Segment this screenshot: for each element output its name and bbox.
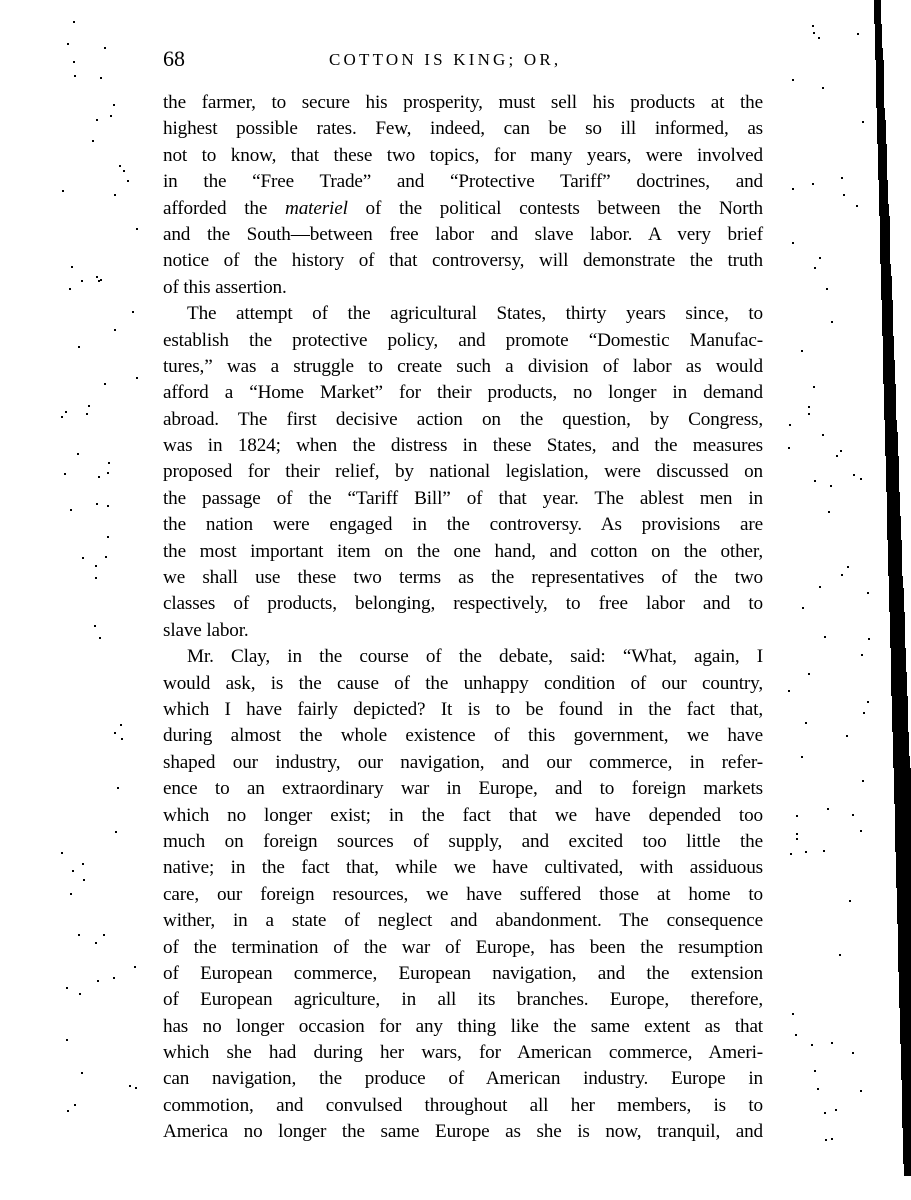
text-line: Mr. Clay, in the course of the debate, s…	[163, 644, 763, 670]
page-header: 68 COTTON IS KING; OR,	[163, 44, 763, 74]
text-line: of European commerce, European navigatio…	[163, 961, 763, 987]
text-line: The attempt of the agricultural States, …	[163, 301, 763, 327]
text-line: the passage of the “Tariff Bill” of that…	[163, 486, 763, 512]
page-number: 68	[163, 44, 185, 74]
text-line: tures,” was a struggle to create such a …	[163, 354, 763, 380]
text-line: ence to an extraordinary war in Europe, …	[163, 776, 763, 802]
text-line: not to know, that these two topics, for …	[163, 143, 763, 169]
text-line: wither, in a state of neglect and abando…	[163, 908, 763, 934]
text-line: of European agriculture, in all its bran…	[163, 987, 763, 1013]
text-line: much on foreign sources of supply, and e…	[163, 829, 763, 855]
text-line: abroad. The first decisive action on the…	[163, 407, 763, 433]
text-line: care, our foreign resources, we have suf…	[163, 882, 763, 908]
body-text: the farmer, to secure his prosperity, mu…	[163, 90, 763, 1146]
text-line: in the “Free Trade” and “Protective Tari…	[163, 169, 763, 195]
text-line: highest possible rates. Few, indeed, can…	[163, 116, 763, 142]
scanned-book-page: 68 COTTON IS KING; OR, the farmer, to se…	[0, 0, 911, 1200]
text-line: slave labor.	[163, 618, 763, 644]
text-line: the most important item on the one hand,…	[163, 539, 763, 565]
text-line: shaped our industry, our navigation, and…	[163, 750, 763, 776]
text-line: can navigation, the produce of American …	[163, 1066, 763, 1092]
text-line: was in 1824; when the distress in these …	[163, 433, 763, 459]
text-line: and the South—between free labor and sla…	[163, 222, 763, 248]
text-line: America no longer the same Europe as she…	[163, 1119, 763, 1145]
text-line: which I have fairly depicted? It is to b…	[163, 697, 763, 723]
text-line: commotion, and convulsed throughout all …	[163, 1093, 763, 1119]
text-line: of the termination of the war of Europe,…	[163, 935, 763, 961]
italic-term: materiel	[285, 198, 348, 219]
text-line: we shall use these two terms as the repr…	[163, 565, 763, 591]
text-line: proposed for their relief, by national l…	[163, 459, 763, 485]
text-line: which she had during her wars, for Ameri…	[163, 1040, 763, 1066]
text-line: notice of the history of that controvers…	[163, 248, 763, 274]
text-line: has no longer occasion for any thing lik…	[163, 1014, 763, 1040]
text-line: establish the protective policy, and pro…	[163, 328, 763, 354]
text-line: the nation were engaged in the controver…	[163, 512, 763, 538]
text-line: during almost the whole existence of thi…	[163, 723, 763, 749]
text-line: afforded the materiel of the political c…	[163, 196, 763, 222]
text-line: the farmer, to secure his prosperity, mu…	[163, 90, 763, 116]
text-line: classes of products, belonging, respecti…	[163, 591, 763, 617]
text-line: afford a “Home Market” for their product…	[163, 380, 763, 406]
running-head: COTTON IS KING; OR,	[329, 46, 561, 74]
text-line: native; in the fact that, while we have …	[163, 855, 763, 881]
text-line: which no longer exist; in the fact that …	[163, 803, 763, 829]
text-line: of this assertion.	[163, 275, 763, 301]
text-line: would ask, is the cause of the unhappy c…	[163, 671, 763, 697]
